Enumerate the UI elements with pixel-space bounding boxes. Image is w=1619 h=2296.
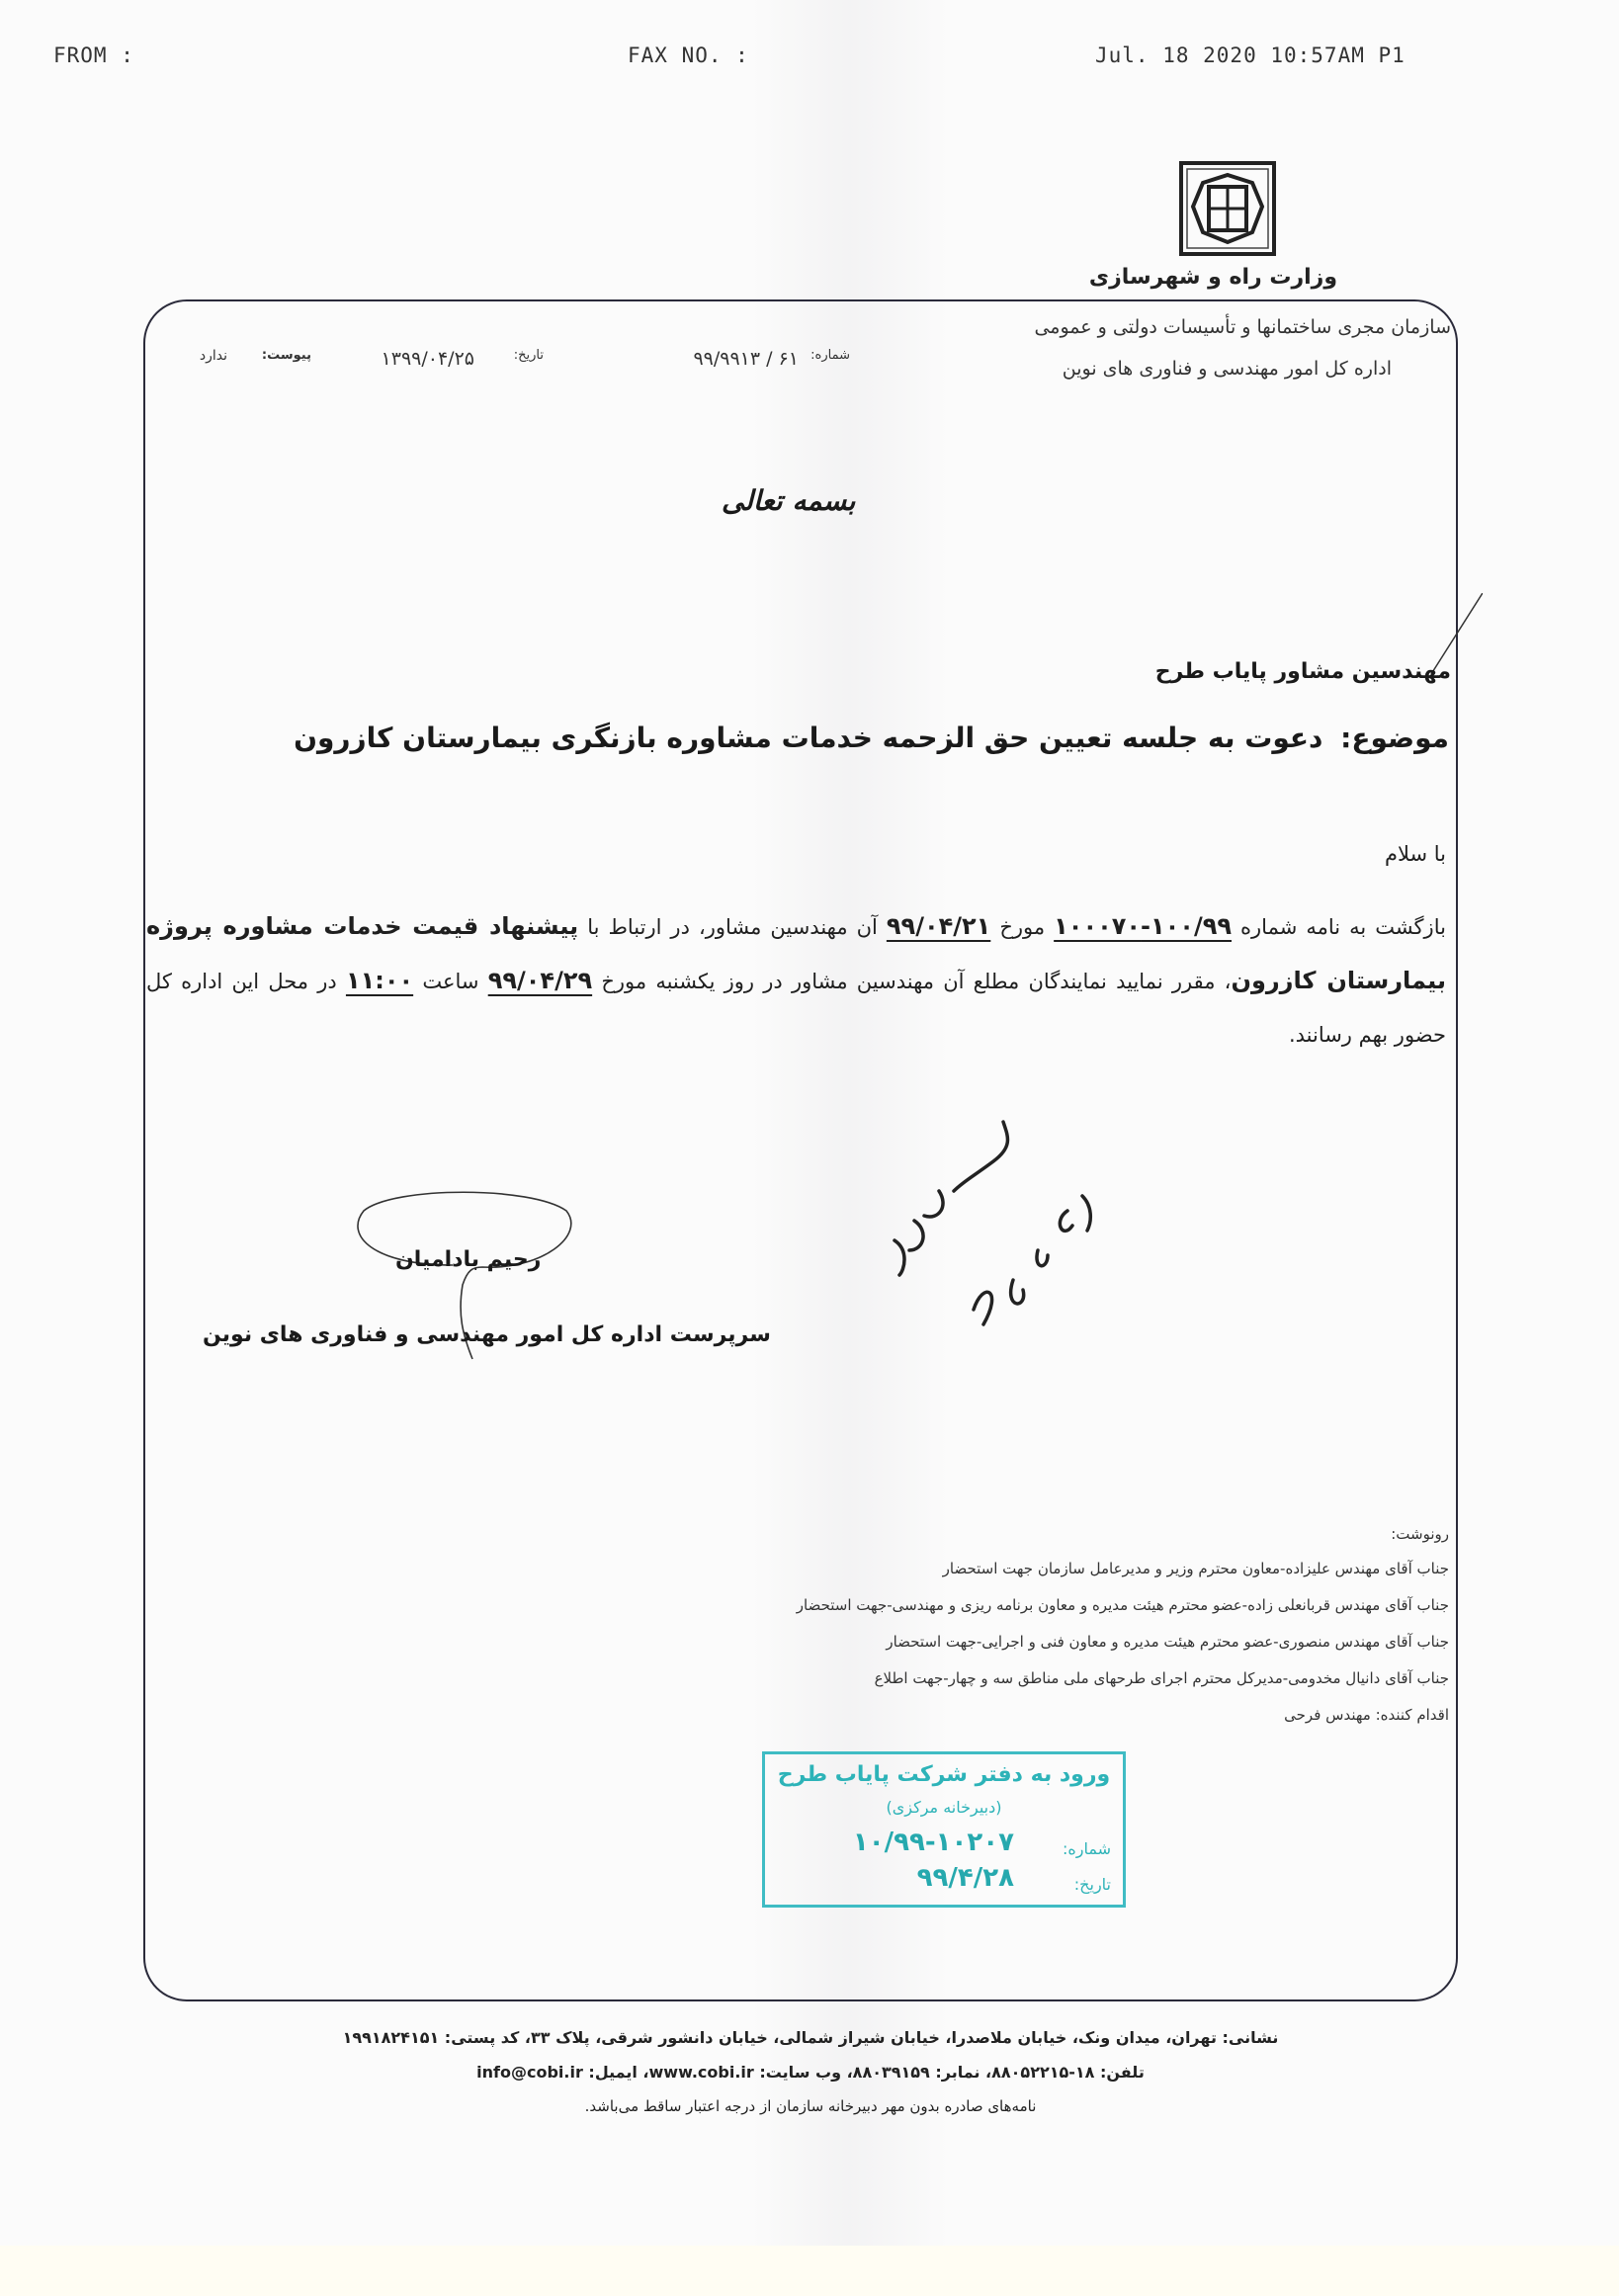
footer-contact: تلفن: ۱۸-۸۸۰۵۲۲۱۵، نمابر: ۸۸۰۳۹۱۵۹، وب س… xyxy=(237,2063,1384,2082)
body-text-segment: مورخ xyxy=(999,915,1045,939)
body-text-segment: ساعت xyxy=(422,970,478,993)
stamp-number-label: شماره: xyxy=(1063,1839,1111,1858)
letter-frame xyxy=(143,299,1458,2001)
number-label: شماره: xyxy=(810,348,850,363)
scan-bottom-band xyxy=(0,2246,1619,2296)
signer-name: رحیم بادامیان xyxy=(395,1247,541,1272)
cc-item: جناب آقای دانیال مخدومی-مدیرکل محترم اجر… xyxy=(797,1669,1449,1687)
footer-address: نشانی: تهران، میدان ونک، خیابان ملاصدرا،… xyxy=(237,2028,1384,2047)
letter-number: ۶۱ / ۹۹/۹۹۱۳ xyxy=(693,348,799,370)
stamp-number: ۱۰/۹۹-۱۰۲۰۷ xyxy=(853,1828,1014,1857)
fax-number-label: FAX NO. : xyxy=(628,43,749,67)
stamp-date-label: تاریخ: xyxy=(1074,1875,1111,1894)
subject-line: موضوع: دعوت به جلسه تعیین حق الزحمه خدما… xyxy=(294,722,1449,754)
fax-from-label: FROM : xyxy=(53,43,134,67)
action-by: اقدام کننده: مهندس فرحی xyxy=(797,1706,1449,1724)
footer-note: نامه‌های صادره بدون مهر دبیرخانه سازمان … xyxy=(237,2097,1384,2115)
signer-title: سرپرست اداره کل امور مهندسی و فناوری های… xyxy=(203,1322,771,1347)
cc-title: رونوشت: xyxy=(797,1525,1449,1543)
cc-item: جناب آقای مهندس علیزاده-معاون محترم وزیر… xyxy=(797,1560,1449,1577)
stamp-title: ورود به دفتر شرکت پایاب طرح xyxy=(765,1762,1123,1787)
ministry-emblem-icon xyxy=(1179,161,1276,256)
body-paragraph: بازگشت به نامه شماره ۱۰۰/۹۹-۱۰۰۰۷۰ مورخ … xyxy=(146,899,1446,1062)
body-text-segment: بازگشت به نامه شماره xyxy=(1240,915,1446,939)
meeting-date: ۹۹/۰۴/۲۹ xyxy=(488,967,592,994)
meeting-time: ۱۱:۰۰ xyxy=(346,967,413,994)
reference-number: ۱۰۰/۹۹-۱۰۰۰۷۰ xyxy=(1054,912,1232,940)
cc-list: رونوشت: جناب آقای مهندس علیزاده-معاون مح… xyxy=(797,1525,1449,1743)
subject-text: دعوت به جلسه تعیین حق الزحمه خدمات مشاور… xyxy=(294,722,1322,754)
attachment-value: ندارد xyxy=(200,348,227,364)
cc-item: جناب آقای مهندس منصوری-عضو محترم هیئت مد… xyxy=(797,1633,1449,1651)
body-text-segment: آن مهندسین مشاور، در ارتباط با xyxy=(587,915,878,939)
greeting: با سلام xyxy=(146,842,1446,866)
stamp-subtitle: (دبیرخانه مرکزی) xyxy=(765,1798,1123,1817)
stamp-date: ۹۹/۴/۲۸ xyxy=(917,1863,1014,1893)
handwritten-note xyxy=(855,1112,1132,1339)
invocation: بسمه تعالی xyxy=(722,484,855,517)
recipient: مهندسین مشاور پایاب طرح xyxy=(1155,659,1451,684)
reference-date: ۹۹/۰۴/۲۱ xyxy=(887,912,990,940)
letter-date: ۱۳۹۹/۰۴/۲۵ xyxy=(382,348,474,370)
date-label: تاریخ: xyxy=(514,348,544,363)
cc-item: جناب آقای مهندس قربانعلی زاده-عضو محترم … xyxy=(797,1596,1449,1614)
body-text-segment: ، مقرر نمایید نمایندگان مطلع آن مهندسین … xyxy=(601,970,1231,993)
attachment-label: پیوست: xyxy=(262,348,311,363)
fax-timestamp: Jul. 18 2020 10:57AM P1 xyxy=(1095,43,1406,67)
subject-label: موضوع: xyxy=(1340,722,1449,754)
ministry-name: وزارت راه و شهرسازی xyxy=(1089,265,1337,290)
letter-meta: شماره: ۶۱ / ۹۹/۹۹۱۳ تاریخ: ۱۳۹۹/۰۴/۲۵ پی… xyxy=(158,348,850,378)
receipt-stamp: ورود به دفتر شرکت پایاب طرح (دبیرخانه مر… xyxy=(762,1751,1126,1908)
